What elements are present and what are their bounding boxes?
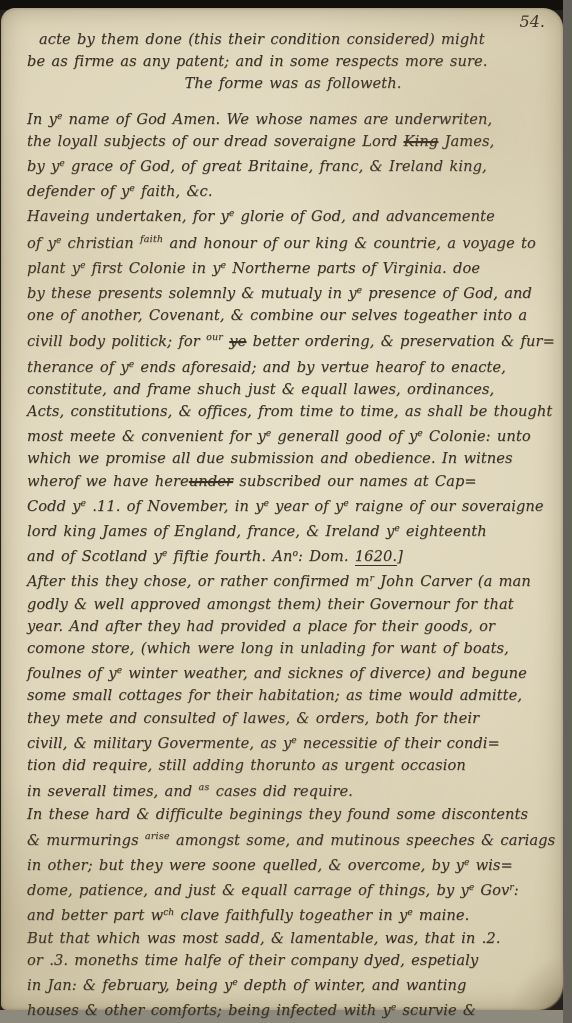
- manuscript-line: by ye grace of God, of great Britaine, f…: [27, 153, 559, 178]
- manuscript-line: defender of ye faith, &c.: [27, 178, 559, 203]
- manuscript-line: dome, patience, and just & equall carrag…: [27, 877, 559, 902]
- manuscript-line: in Jan: & february, being ye depth of wi…: [27, 972, 559, 997]
- manuscript-line: foulnes of ye winter weather, and sickne…: [27, 660, 559, 685]
- manuscript-line: acte by them done (this their condition …: [27, 29, 559, 51]
- manuscript-line: one of another, Covenant, & combine our …: [27, 305, 559, 327]
- manuscript-line: plant ye first Colonie in ye Northerne p…: [27, 255, 559, 280]
- manuscript-line: be as firme as any patent; and in some r…: [27, 51, 559, 73]
- manuscript-line: tion did require, still adding thorunto …: [27, 755, 559, 777]
- manuscript-line: by these presents solemnly & mutualy in …: [27, 280, 559, 305]
- manuscript-line: constitute, and frame shuch just & equal…: [27, 379, 559, 401]
- manuscript-line: in severall times, and as cases did requ…: [27, 777, 559, 803]
- manuscript-line: therance of ye ends aforesaid; and by ve…: [27, 354, 559, 379]
- manuscript-line: In these hard & difficulte beginings the…: [27, 804, 559, 826]
- manuscript-line: they mete and consulted of lawes, & orde…: [27, 708, 559, 730]
- manuscript-line: Haveing undertaken, for ye glorie of God…: [27, 203, 559, 228]
- manuscript-line: most meete & convenient for ye generall …: [27, 423, 559, 448]
- manuscript-line: or .3. moneths time halfe of their compa…: [27, 950, 559, 972]
- manuscript-line: comone store, (which were long in unladi…: [27, 638, 559, 660]
- manuscript-line: and of Scotland ye fiftie fourth. Ano: D…: [27, 543, 559, 568]
- manuscript-line: houses & other comforts; being infected …: [27, 997, 559, 1022]
- manuscript-line: The forme was as followeth.: [27, 73, 559, 95]
- manuscript-line: godly & well approved amongst them) thei…: [27, 594, 559, 616]
- manuscript-line: of ye christian faith and honour of our …: [27, 229, 559, 255]
- manuscript-line: and better part wch clave faithfully tog…: [27, 902, 559, 927]
- manuscript-line: civill, & military Govermente, as ye nec…: [27, 730, 559, 755]
- manuscript-lines: acte by them done (this their condition …: [27, 29, 559, 1022]
- manuscript-line: wherof we have hereunder subscribed our …: [27, 471, 559, 493]
- manuscript-line: year. And after they had provided a plac…: [27, 616, 559, 638]
- manuscript-line: Codd ye .11. of November, in ye year of …: [27, 493, 559, 518]
- manuscript-page: 54. acte by them done (this their condit…: [1, 8, 563, 1010]
- manuscript-line: But that which was most sadd, & lamentab…: [27, 928, 559, 950]
- manuscript-line: lord king James of England, france, & Ir…: [27, 518, 559, 543]
- manuscript-line: Acts, constitutions, & offices, from tim…: [27, 401, 559, 423]
- manuscript-line: In ye name of God Amen. We whose names a…: [27, 106, 559, 131]
- manuscript-line: in other; but they were soone quelled, &…: [27, 852, 559, 877]
- manuscript-line: & murmurings arise amongst some, and mut…: [27, 826, 559, 852]
- scan-background: 54. acte by them done (this their condit…: [0, 0, 572, 1023]
- manuscript-line: civill body politick; for our ye better …: [27, 327, 559, 353]
- manuscript-line: some small cottages for their habitation…: [27, 685, 559, 707]
- manuscript-line: which we promise all due submission and …: [27, 448, 559, 470]
- manuscript-line: After this they chose, or rather confirm…: [27, 568, 559, 593]
- manuscript-line: the loyall subjects of our dread soverai…: [27, 131, 559, 153]
